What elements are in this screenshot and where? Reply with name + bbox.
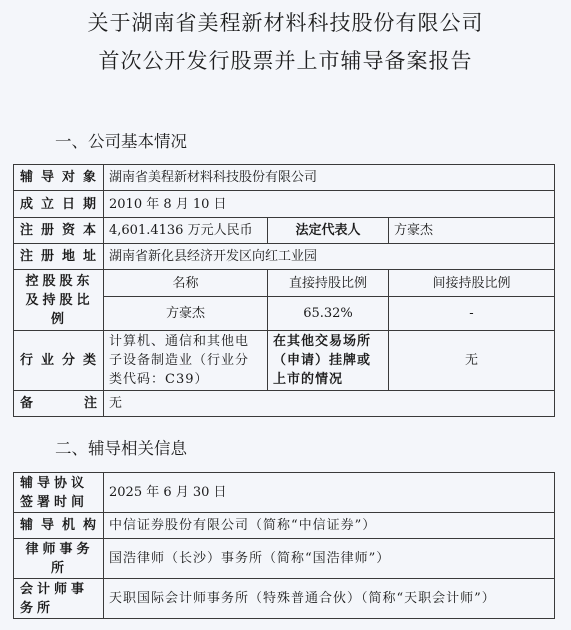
value-founded: 2010 年 8 月 10 日 [104,191,555,218]
value-capital: 4,601.4136 万元人民币 [104,218,268,244]
table-row-capital: 注册资本 4,601.4136 万元人民币 法定代表人 方豪杰 [14,218,555,244]
value-accounting-firm: 天职国际会计师事务所（特殊普通合伙）（简称“天职会计师”） [104,579,555,619]
label-remark-right: 注 [84,394,97,413]
shareholder-name: 方豪杰 [104,297,268,331]
value-remark: 无 [104,391,555,417]
shareholder-header-name: 名称 [104,270,268,297]
table-row-law-firm: 律师事务所 国浩律师（长沙）事务所（简称“国浩律师”） [14,539,555,579]
label-target: 辅导对象 [14,165,104,191]
label-law-firm: 律师事务所 [14,539,104,579]
value-industry: 计算机、通信和其他电子设备制造业（行业分类代码：C39） [104,331,268,391]
shareholder-header-indirect: 间接持股比例 [389,270,555,297]
value-address: 湖南省新化县经济开发区向红工业园 [104,244,555,270]
table-row-industry: 行业分类 计算机、通信和其他电子设备制造业（行业分类代码：C39） 在其他交易场… [14,331,555,391]
label-shareholder: 控股股东及持股比例 [14,270,104,331]
table-row-founded: 成立日期 2010 年 8 月 10 日 [14,191,555,218]
label-founded: 成立日期 [14,191,104,218]
label-other-listing: 在其他交易场所（申请）挂牌或上市的情况 [268,331,389,391]
table-row-institution: 辅导机构 中信证券股份有限公司（简称“中信证券”） [14,513,555,539]
shareholder-direct-ratio: 65.32% [268,297,389,331]
label-agreement-date: 辅导协议签署时间 [14,473,104,513]
shareholder-indirect-ratio: - [389,297,555,331]
table-row-shareholder-header: 控股股东及持股比例 名称 直接持股比例 间接持股比例 [14,270,555,297]
shareholder-header-direct: 直接持股比例 [268,270,389,297]
section-heading-counseling-info: 二、辅导相关信息 [55,435,187,459]
table-row-target: 辅导对象 湖南省美程新材料科技股份有限公司 [14,165,555,191]
table-row-agreement-date: 辅导协议签署时间 2025 年 6 月 30 日 [14,473,555,513]
label-industry: 行业分类 [14,331,104,391]
label-institution: 辅导机构 [14,513,104,539]
document-title-line1: 关于湖南省美程新材料科技股份有限公司 [0,7,571,37]
label-remark-left: 备 [20,394,33,413]
label-capital: 注册资本 [14,218,104,244]
section-heading-company-info: 一、公司基本情况 [55,128,187,152]
value-other-listing: 无 [389,331,555,391]
value-institution: 中信证券股份有限公司（简称“中信证券”） [104,513,555,539]
counseling-info-table: 辅导协议签署时间 2025 年 6 月 30 日 辅导机构 中信证券股份有限公司… [13,472,555,619]
table-row-address: 注册地址 湖南省新化县经济开发区向红工业园 [14,244,555,270]
value-target: 湖南省美程新材料科技股份有限公司 [104,165,555,191]
label-address: 注册地址 [14,244,104,270]
value-agreement-date: 2025 年 6 月 30 日 [104,473,555,513]
label-remark: 备 注 [14,391,104,417]
table-row-remark: 备 注 无 [14,391,555,417]
document-title-line2: 首次公开发行股票并上市辅导备案报告 [0,45,571,75]
label-legal-rep: 法定代表人 [268,218,389,244]
company-info-table: 辅导对象 湖南省美程新材料科技股份有限公司 成立日期 2010 年 8 月 10… [13,164,555,417]
table-row-accounting-firm: 会计师事务所 天职国际会计师事务所（特殊普通合伙）（简称“天职会计师”） [14,579,555,619]
label-accounting-firm: 会计师事务所 [14,579,104,619]
value-legal-rep: 方豪杰 [389,218,555,244]
value-law-firm: 国浩律师（长沙）事务所（简称“国浩律师”） [104,539,555,579]
